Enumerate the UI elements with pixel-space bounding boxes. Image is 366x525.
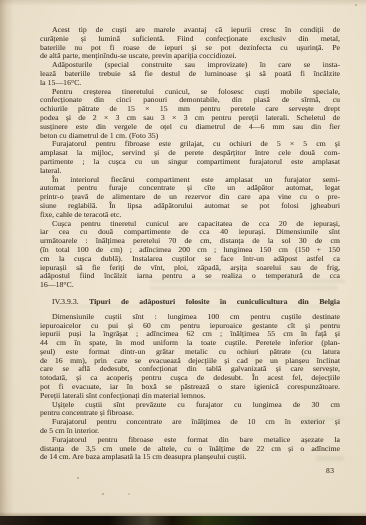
section-heading: IV.3.9.3. Tipuri de adăposturi folosite … <box>40 298 340 307</box>
paper-speck <box>128 493 130 495</box>
text-line: partimente ; la cușca cu un singur compa… <box>40 158 340 167</box>
scan-edge-bottom <box>0 516 366 525</box>
text-block: Acest tip de cuști are marele avantaj că… <box>40 26 340 462</box>
page-number: 83 <box>326 466 335 475</box>
paragraph: Furajatorul pentru fibroase este format … <box>40 436 340 462</box>
paper-speck <box>355 4 357 6</box>
scan-shadow-top <box>0 0 366 6</box>
paragraph: Adăposturile (special construite sau imp… <box>40 61 340 87</box>
paper-speck <box>77 477 79 479</box>
paragraphs-after-heading: Dimensiunile cuștii sînt : lungimea 100 … <box>40 313 340 463</box>
paragraph: Ușițele cuștii sînt prevăzute cu furajat… <box>40 401 340 419</box>
paragraph: În interiorul fiecărui compartiment este… <box>40 176 340 220</box>
paragraph: Pentru creșterea tineretului cunicul, se… <box>40 88 340 141</box>
book-page: Acest tip de cuști are marele avantaj că… <box>0 0 366 525</box>
text-line: 16—18°C. <box>40 281 340 290</box>
section-title: Tipuri de adăposturi folosite în cunicul… <box>89 297 340 306</box>
section-number: IV.3.9.3. <box>52 297 79 306</box>
paper-speck <box>102 493 104 495</box>
paragraphs-before-heading: Acest tip de cuști are marele avantaj că… <box>40 26 340 290</box>
scan-shadow-left <box>0 0 14 525</box>
paragraph: Furajatorul pentru fibroase este grilaja… <box>40 140 340 175</box>
paragraph: Dimensiunile cuștii sînt : lungimea 100 … <box>40 313 340 401</box>
paragraph: Acest tip de cuști are marele avantaj că… <box>40 26 340 61</box>
paragraph: Cușca pentru tineretul cunicul are capac… <box>40 220 340 290</box>
text-line: adăpostul fiind încălzit iarna pentru a … <box>40 272 340 281</box>
paragraph: Furajatorul pentru concentrate are înălț… <box>40 418 340 436</box>
text-line: de 14 cm. Are baza amplasată la 15 cm de… <box>40 453 340 462</box>
text-line: lează bateriile trebuie să fie destul de… <box>40 70 340 79</box>
